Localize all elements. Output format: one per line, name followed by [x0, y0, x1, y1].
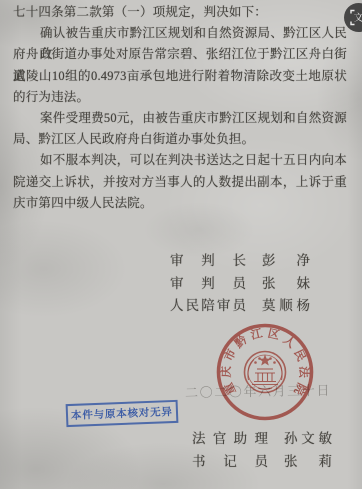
panel-signature-row: 人民陪审员 莫顺杨: [170, 295, 310, 318]
judgment-line: 院递交上诉状，并按对方当事人的人数提出副本，上诉于重: [13, 172, 347, 193]
panel-role: 审判长: [170, 250, 246, 273]
panel-role: 人民陪审员: [170, 295, 246, 318]
judgment-body-text: 七十四条第二款第（一）项规定，判决如下： 确认被告重庆市黔江区规划和自然资源局、…: [13, 2, 347, 214]
judgment-line: 确认被告重庆市黔江区规划和自然资源局、黔江区人民政: [13, 23, 347, 44]
panel-role: 审判员: [170, 273, 246, 296]
text-scan-icon: 文: [350, 9, 362, 26]
staff-role: 书记员: [192, 451, 268, 474]
court-staff-signatures: 法官助理 孙文敏 书记员 张莉: [192, 428, 332, 473]
verification-stamp: 本件与原本核对无异: [66, 400, 179, 427]
judgment-line: 七十四条第二款第（一）项规定，判决如下：: [13, 2, 347, 23]
judicial-panel-signatures: 审判长 彭净 审判员 张妹 人民陪审员 莫顺杨: [170, 250, 310, 318]
staff-role: 法官助理: [192, 428, 268, 451]
judgment-line: 武陵山10组的0.4973亩承包地进行附着物清除改变土地原状: [13, 66, 347, 87]
panel-signature-row: 审判长 彭净: [170, 250, 310, 273]
staff-signature-row: 书记员 张莉: [192, 451, 332, 474]
judgment-line: 庆市第四中级人民法院。: [13, 193, 347, 214]
panel-name: 莫顺杨: [262, 295, 310, 318]
staff-name: 孙文敏: [284, 428, 332, 451]
extract-text-glyph: 文: [354, 12, 362, 24]
panel-name: 张妹: [262, 273, 310, 296]
judgment-line: 局、黔江区人民政府舟白街道办事处负担。: [13, 129, 347, 150]
staff-name: 张莉: [284, 451, 332, 474]
staff-signature-row: 法官助理 孙文敏: [192, 428, 332, 451]
judgment-line: 的行为违法。: [13, 87, 347, 108]
court-seal: 重庆市黔江区人民法院: [213, 320, 317, 424]
national-emblem-icon: [245, 352, 286, 393]
judgment-line: 如不服本判决，可以在判决书送达之日起十五日内向本: [13, 150, 347, 171]
panel-signature-row: 审判员 张妹: [170, 273, 310, 296]
panel-name: 彭净: [262, 250, 310, 273]
judgment-line: 府舟白街道办事处对原告常宗碧、张绍江位于黔江区舟白街道: [13, 44, 347, 65]
judgment-line: 案件受理费50元，由被告重庆市黔江区规划和自然资源: [13, 108, 347, 129]
